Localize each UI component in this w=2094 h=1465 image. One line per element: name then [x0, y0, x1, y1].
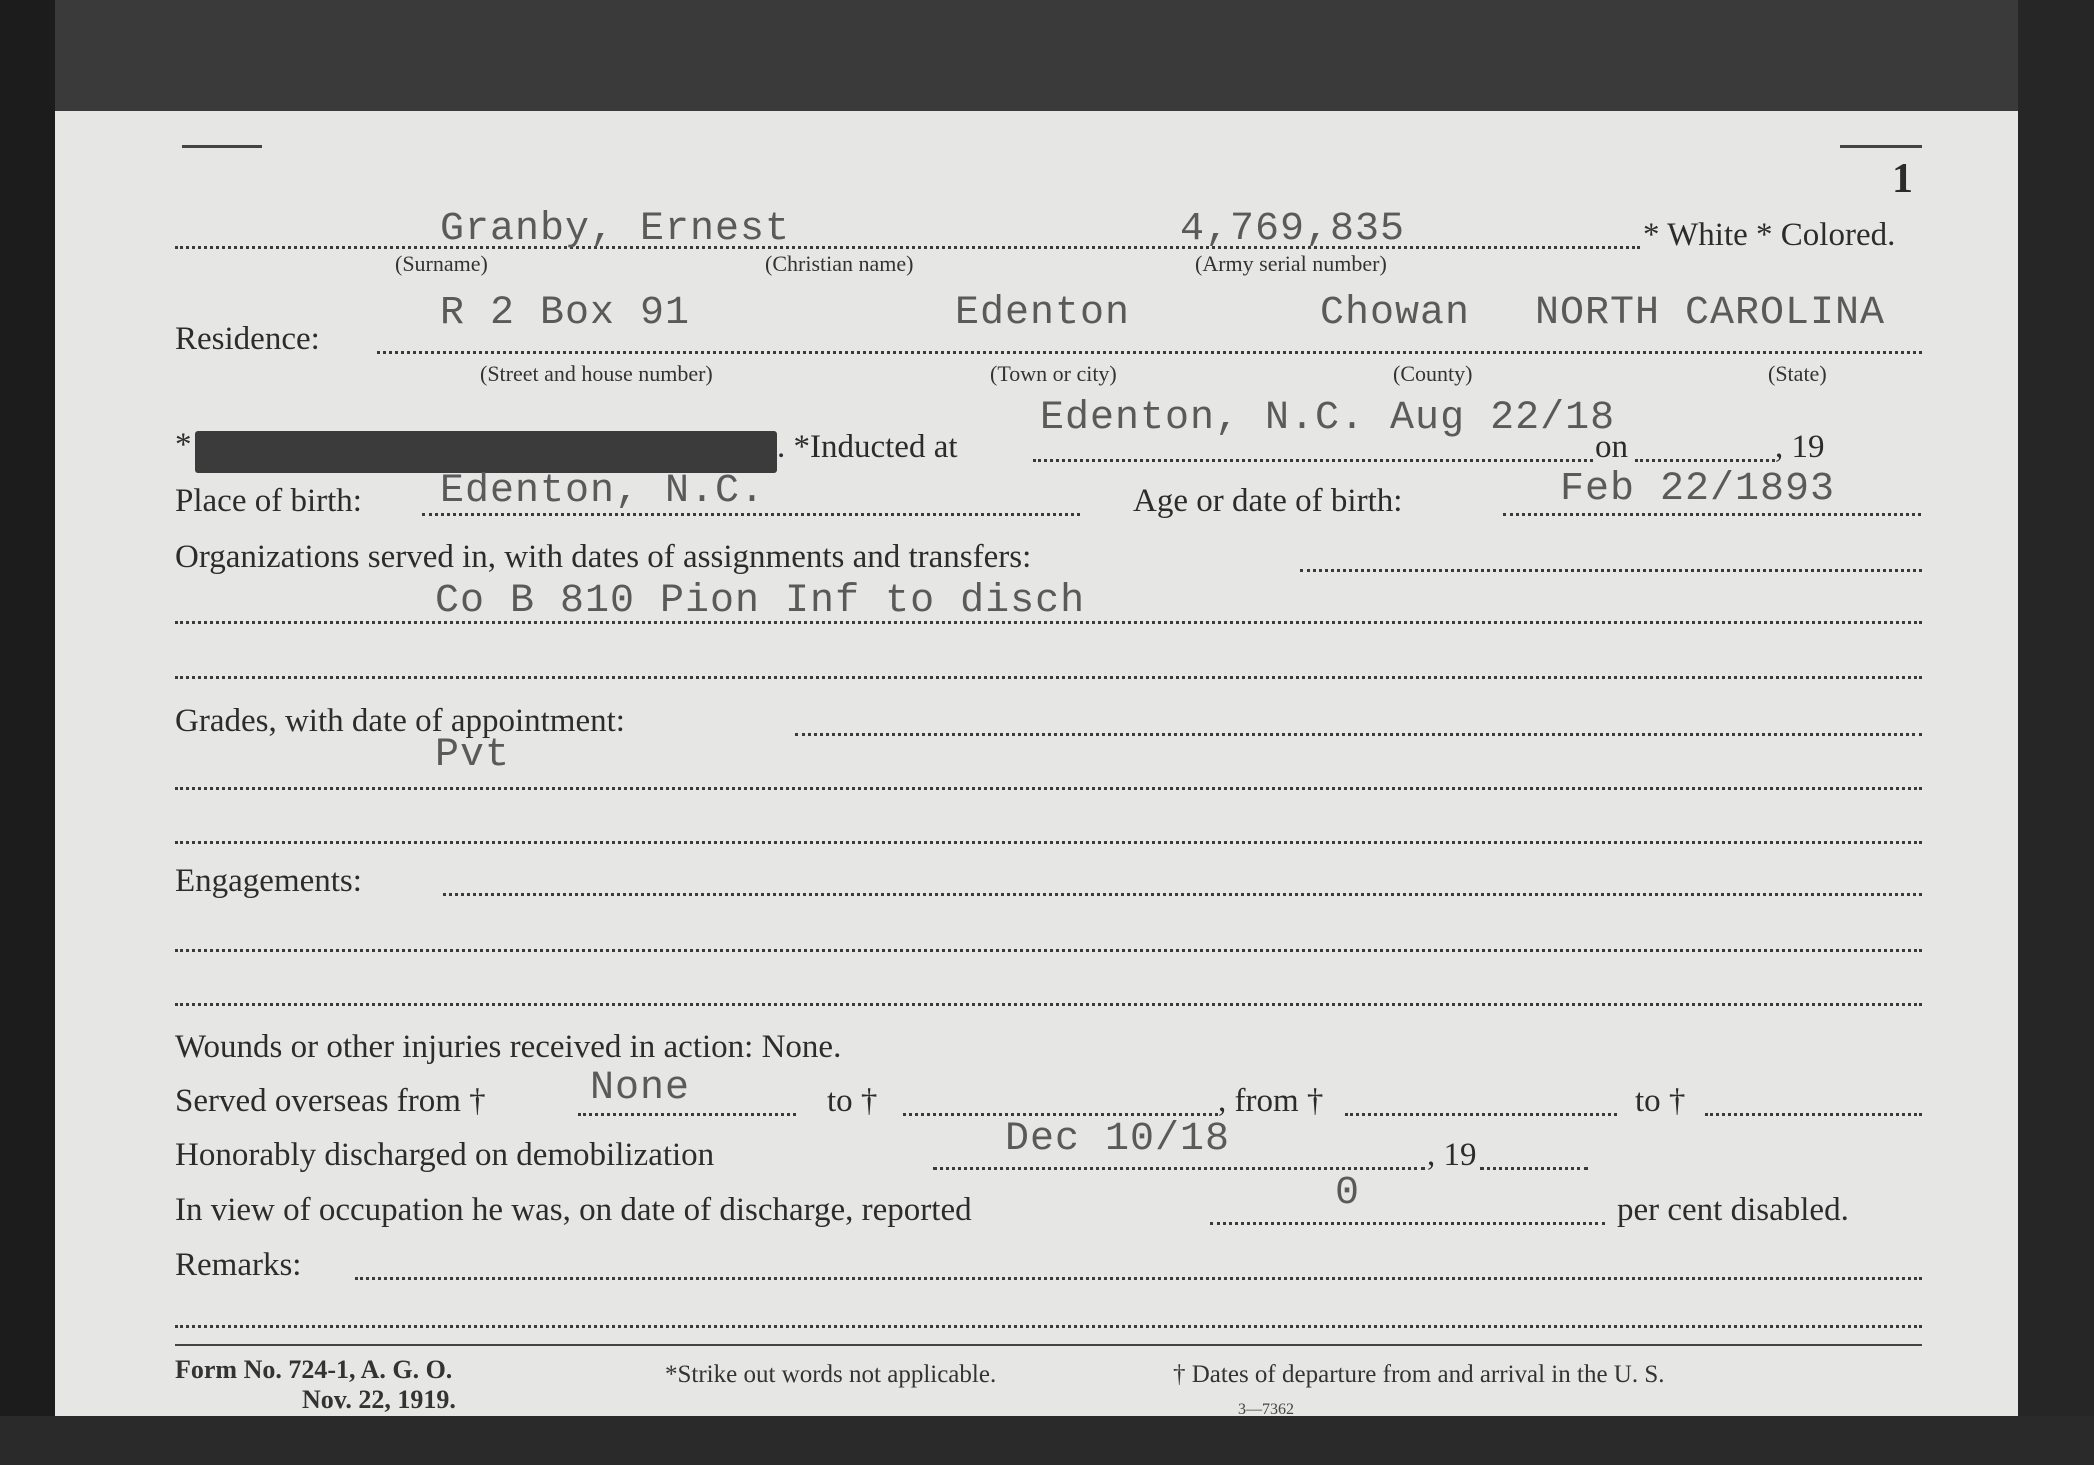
surname-label: (Surname) — [395, 251, 488, 277]
form-date: Nov. 22, 1919. — [302, 1385, 456, 1415]
town-value: Edenton — [955, 291, 1130, 336]
print-code: 3—7362 — [1238, 1401, 1294, 1419]
form-number: Form No. 724-1, A. G. O. — [175, 1355, 452, 1385]
discharge-date-line — [933, 1167, 1425, 1170]
grades-value: Pvt — [435, 733, 510, 778]
county-label: (County) — [1393, 361, 1472, 387]
residence-line — [377, 351, 1922, 354]
per-cent-disabled-label: per cent disabled. — [1617, 1192, 1849, 1229]
dob-value: Feb 22/1893 — [1560, 467, 1835, 512]
scan-background-right — [2018, 0, 2094, 1465]
remarks-line-1 — [355, 1277, 1922, 1280]
inducted-prefix: * — [175, 427, 192, 464]
honorably-discharged-label: Honorably discharged on demobilization — [175, 1137, 714, 1174]
grades-line-1 — [795, 733, 1922, 736]
overseas-from-line — [578, 1113, 796, 1116]
street-label: (Street and house number) — [480, 361, 713, 387]
organizations-line-2 — [175, 621, 1922, 624]
inducted-line — [1033, 459, 1593, 462]
inducted-value: Edenton, N.C. Aug 22/18 — [1040, 396, 1615, 441]
remarks-label: Remarks: — [175, 1247, 301, 1284]
overseas-from2-label: , from † — [1218, 1083, 1323, 1120]
dob-line — [1503, 513, 1921, 516]
on-line — [1635, 459, 1775, 462]
place-of-birth-label: Place of birth: — [175, 483, 362, 520]
engagements-label: Engagements: — [175, 863, 362, 900]
race-options: * White * Colored. — [1643, 217, 1895, 254]
overseas-to-line — [903, 1113, 1218, 1116]
service-record-card: 1 Granby, Ernest 4,769,835 * White * Col… — [55, 111, 2018, 1416]
organizations-line-1 — [1300, 569, 1922, 572]
overseas-to2-label: to † — [1635, 1083, 1685, 1120]
grades-line-2 — [175, 787, 1922, 790]
percent-disabled-value: 0 — [1335, 1171, 1360, 1216]
overseas-to2-line — [1705, 1113, 1922, 1116]
scan-background-bottom — [0, 1416, 2094, 1465]
overseas-from2-line — [1345, 1113, 1617, 1116]
overseas-to-label: to † — [827, 1083, 877, 1120]
engagements-line-3 — [175, 1003, 1922, 1006]
redacted-enlisted-text — [195, 431, 777, 473]
dob-label: Age or date of birth: — [1133, 483, 1402, 520]
dates-note: † Dates of departure from and arrival in… — [1173, 1361, 1665, 1389]
organizations-line-3 — [175, 676, 1922, 679]
served-overseas-label: Served overseas from † — [175, 1083, 486, 1120]
in-view-label: In view of occupation he was, on date of… — [175, 1192, 972, 1229]
place-of-birth-value: Edenton, N.C. — [440, 469, 765, 514]
organizations-label: Organizations served in, with dates of a… — [175, 539, 1031, 576]
county-value: Chowan — [1320, 291, 1470, 336]
state-value: NORTH CAROLINA — [1535, 291, 1885, 336]
on-label: on — [1595, 429, 1628, 466]
grades-line-3 — [175, 841, 1922, 844]
card-number: 1 — [1892, 155, 1913, 203]
name-line — [175, 246, 1640, 249]
scan-background-top — [0, 0, 2094, 112]
top-left-mark — [182, 145, 262, 148]
name-value: Granby, Ernest — [440, 207, 790, 252]
top-right-mark — [1840, 145, 1922, 148]
state-label: (State) — [1768, 361, 1827, 387]
year-suffix: , 19 — [1775, 429, 1825, 466]
grades-label: Grades, with date of appointment: — [175, 703, 625, 740]
remarks-line-2 — [175, 1325, 1922, 1328]
christian-name-label: (Christian name) — [765, 251, 913, 277]
organizations-value: Co B 810 Pion Inf to disch — [435, 579, 1085, 624]
street-value: R 2 Box 91 — [440, 291, 690, 336]
discharge-year-line — [1480, 1167, 1588, 1170]
residence-label: Residence: — [175, 321, 320, 358]
town-label: (Town or city) — [990, 361, 1117, 387]
engagements-line-2 — [175, 949, 1922, 952]
overseas-from-value: None — [590, 1066, 690, 1111]
discharge-date-value: Dec 10/18 — [1005, 1117, 1230, 1162]
engagements-line-1 — [443, 893, 1922, 896]
serial-label: (Army serial number) — [1195, 251, 1387, 277]
scan-background-left — [0, 0, 55, 1465]
strike-note: *Strike out words not applicable. — [665, 1361, 996, 1389]
wounds-label: Wounds or other injuries received in act… — [175, 1029, 841, 1066]
inducted-label: . *Inducted at — [777, 429, 958, 466]
discharge-year-suffix: , 19 — [1427, 1137, 1477, 1174]
serial-value: 4,769,835 — [1180, 207, 1405, 252]
footer-separator — [175, 1344, 1922, 1346]
percent-disabled-line — [1210, 1222, 1605, 1225]
